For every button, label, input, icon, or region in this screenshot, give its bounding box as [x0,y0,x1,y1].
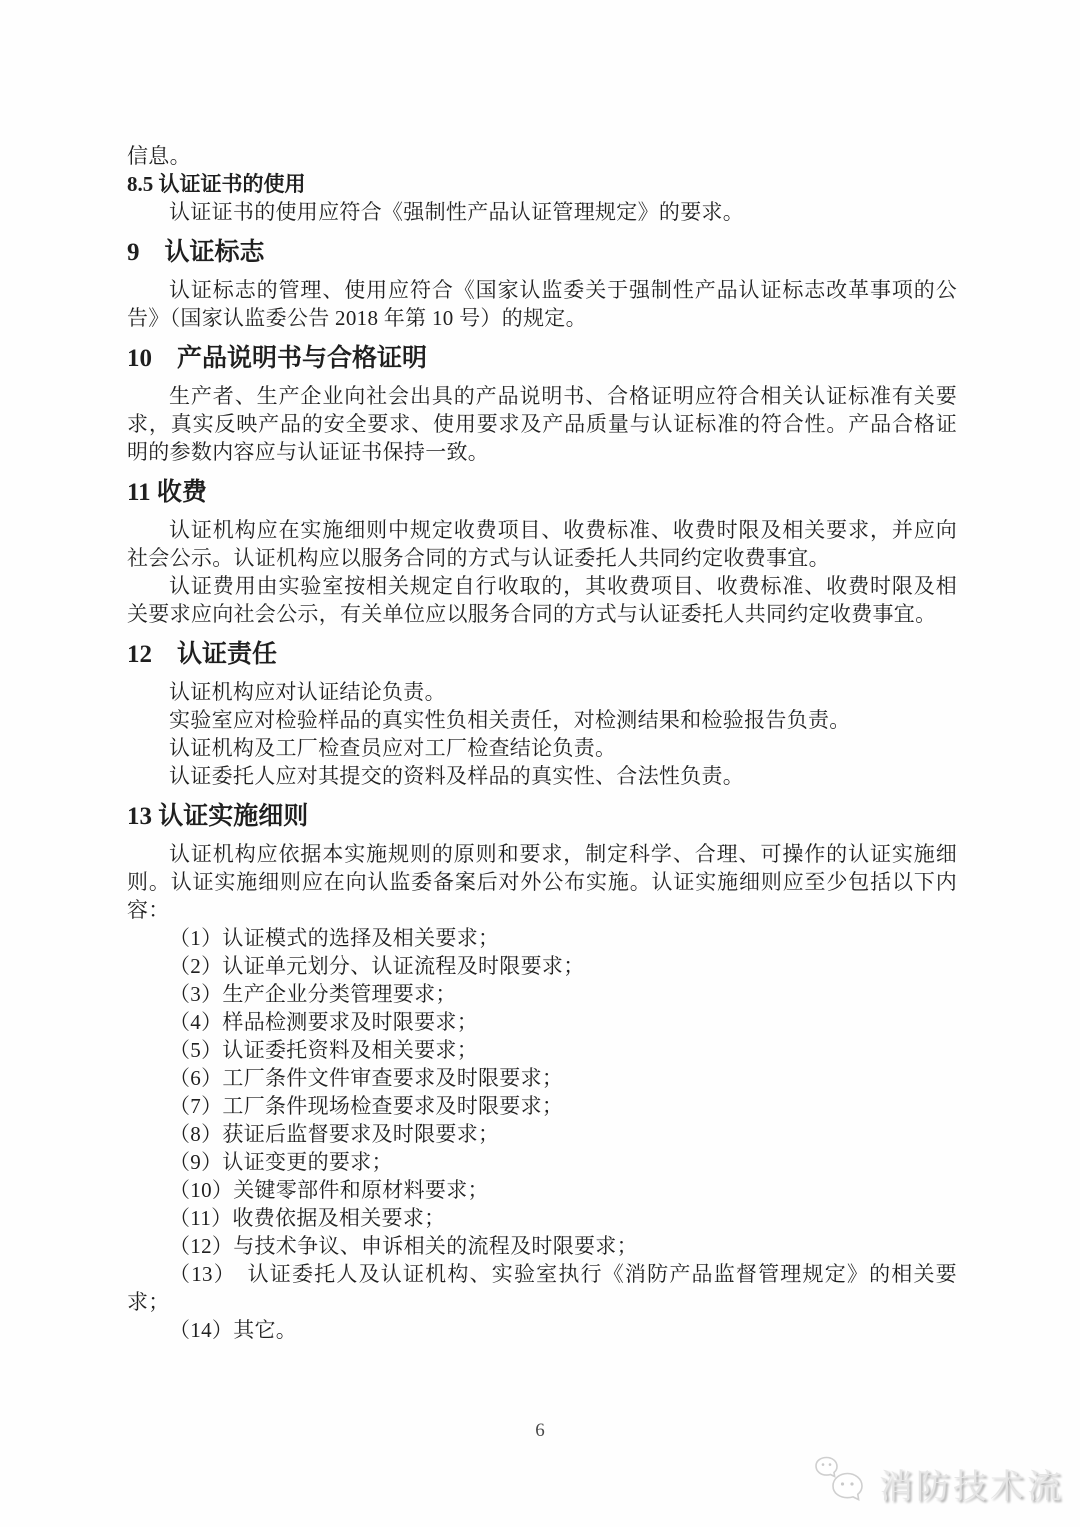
section-9-paragraph: 认证标志的管理、使用应符合《国家认监委关于强制性产品认证标志改革事项的公告》（国… [127,276,957,332]
document-content: 信息。 8.5 认证证书的使用 认证证书的使用应符合《强制性产品认证管理规定》的… [127,142,957,1344]
section-11-heading: 11 收费 [127,478,957,508]
section-11-paragraph-1: 认证机构应在实施细则中规定收费项目、收费标准、收费时限及相关要求，并应向社会公示… [127,516,957,572]
list-item-4: （4）样品检测要求及时限要求； [127,1008,957,1036]
section-10-paragraph: 生产者、生产企业向社会出具的产品说明书、合格证明应符合相关认证标准有关要求，真实… [127,382,957,466]
list-item-3: （3）生产企业分类管理要求； [127,980,957,1008]
list-item-13: （13） 认证委托人及认证机构、实验室执行《消防产品监督管理规定》的相关要求； [127,1260,957,1316]
section-8-5-heading: 8.5 认证证书的使用 [127,170,957,198]
list-item-14: （14）其它。 [127,1316,957,1344]
wechat-icon [809,1456,871,1510]
list-item-7: （7）工厂条件现场检查要求及时限要求； [127,1092,957,1120]
list-item-11: （11）收费依据及相关要求； [127,1204,957,1232]
section-12-paragraph-1: 认证机构应对认证结论负责。 [127,678,957,706]
list-item-6: （6）工厂条件文件审查要求及时限要求； [127,1064,957,1092]
page-number: 6 [0,1420,1080,1442]
document-page: 信息。 8.5 认证证书的使用 认证证书的使用应符合《强制性产品认证管理规定》的… [0,0,1080,1527]
section-9-heading: 9 认证标志 [127,238,957,268]
section-10-heading: 10 产品说明书与合格证明 [127,344,957,374]
continuation-fragment: 信息。 [127,142,957,170]
list-item-2: （2）认证单元划分、认证流程及时限要求； [127,952,957,980]
list-item-12: （12）与技术争议、申诉相关的流程及时限要求； [127,1232,957,1260]
section-12-paragraph-2: 实验室应对检验样品的真实性负相关责任，对检测结果和检验报告负责。 [127,706,957,734]
watermark-text: 消防技术流 [879,1459,1064,1508]
section-8-5-paragraph: 认证证书的使用应符合《强制性产品认证管理规定》的要求。 [127,198,957,226]
section-12-paragraph-3: 认证机构及工厂检查员应对工厂检查结论负责。 [127,734,957,762]
watermark: 消防技术流 [809,1456,1064,1510]
section-12-heading: 12 认证责任 [127,640,957,670]
section-13-heading: 13 认证实施细则 [127,802,957,832]
list-item-5: （5）认证委托资料及相关要求； [127,1036,957,1064]
section-12-paragraph-4: 认证委托人应对其提交的资料及样品的真实性、合法性负责。 [127,762,957,790]
section-13-paragraph: 认证机构应依据本实施规则的原则和要求，制定科学、合理、可操作的认证实施细则。认证… [127,840,957,924]
section-11-paragraph-2: 认证费用由实验室按相关规定自行收取的，其收费项目、收费标准、收费时限及相关要求应… [127,572,957,628]
list-item-10: （10）关键零部件和原材料要求； [127,1176,957,1204]
list-item-9: （9）认证变更的要求； [127,1148,957,1176]
list-item-8: （8）获证后监督要求及时限要求； [127,1120,957,1148]
list-item-1: （1）认证模式的选择及相关要求； [127,924,957,952]
